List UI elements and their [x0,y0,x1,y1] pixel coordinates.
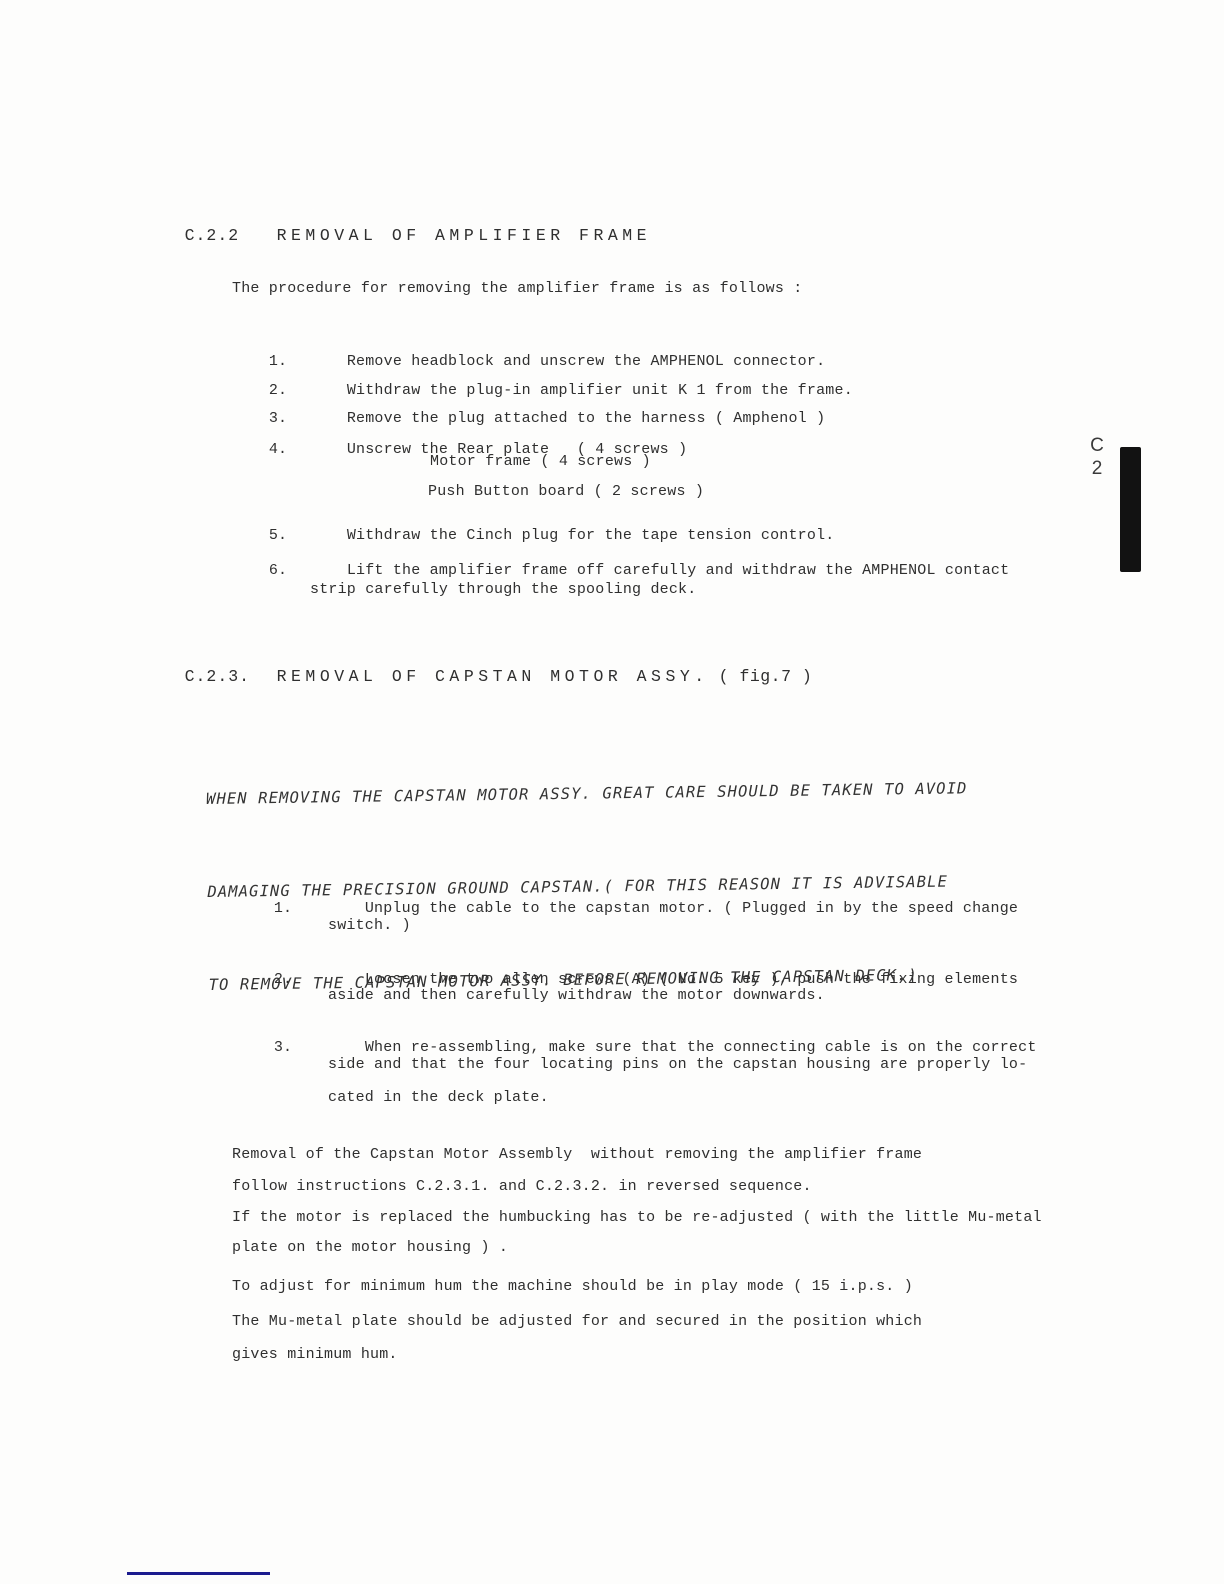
closing-paragraph-line: Removal of the Capstan Motor Assembly wi… [232,1146,922,1163]
step-text: Lift the amplifier frame off carefully a… [347,562,1010,579]
manual-page: C.2.2REMOVAL OF AMPLIFIER FRAME The proc… [0,0,1224,1584]
chapter-tab-bar [1120,447,1141,572]
step-sub-item: Motor frame ( 4 screws ) [430,453,651,470]
step-text-continuation: strip carefully through the spooling dec… [310,581,696,598]
section-number: C.2.2 [185,226,277,245]
step-number: 3. [274,1039,365,1056]
section-header-capstan-motor: C.2.3.REMOVAL OF CAPSTAN MOTOR ASSY.( fi… [145,648,812,705]
step-sub-item: Push Button board ( 2 screws ) [428,483,704,500]
section-title: REMOVAL OF AMPLIFIER FRAME [277,226,651,245]
chapter-tab-letter: C [1086,434,1108,457]
closing-paragraph-line: If the motor is replaced the humbucking … [232,1209,1042,1226]
intro-paragraph: The procedure for removing the amplifier… [232,280,803,297]
closing-paragraph-line: plate on the motor housing ) . [232,1239,508,1256]
warning-line: WHEN REMOVING THE CAPSTAN MOTOR ASSY. GR… [206,773,968,815]
section-number: C.2.3. [185,667,277,686]
step-number: 2. [274,971,365,988]
step-number: 1. [274,900,365,917]
footer-rule [127,1572,270,1575]
step-text-continuation: aside and then carefully withdraw the mo… [328,987,825,1004]
step-text-continuation: switch. ) [328,917,411,934]
section-title-figure-ref: ( fig.7 ) [719,667,813,686]
chapter-tab-label: C 2 [1086,434,1108,480]
section-title: REMOVAL OF CAPSTAN MOTOR ASSY. [277,667,709,686]
closing-paragraph-line: gives minimum hum. [232,1346,398,1363]
step-text: Withdraw the Cinch plug for the tape ten… [347,527,835,544]
closing-paragraph-line: follow instructions C.2.3.1. and C.2.3.2… [232,1178,812,1195]
step-text: Unplug the cable to the capstan motor. (… [365,900,1018,917]
step-text: When re-assembling, make sure that the c… [365,1039,1037,1056]
step-number: 5. [269,527,347,544]
chapter-tab-number: 2 [1086,457,1108,480]
section-header-amplifier-frame: C.2.2REMOVAL OF AMPLIFIER FRAME [145,207,651,264]
step-number: 4. [269,441,347,458]
closing-paragraph-line: To adjust for minimum hum the machine sh… [232,1278,913,1295]
step-text-continuation: side and that the four locating pins on … [328,1056,1027,1073]
step-number: 6. [269,562,347,579]
closing-paragraph-line: The Mu-metal plate should be adjusted fo… [232,1313,922,1330]
step-text: Loosen the two allen screws (A) ( No. 5 … [365,971,1018,988]
step-text-continuation: cated in the deck plate. [328,1089,549,1106]
